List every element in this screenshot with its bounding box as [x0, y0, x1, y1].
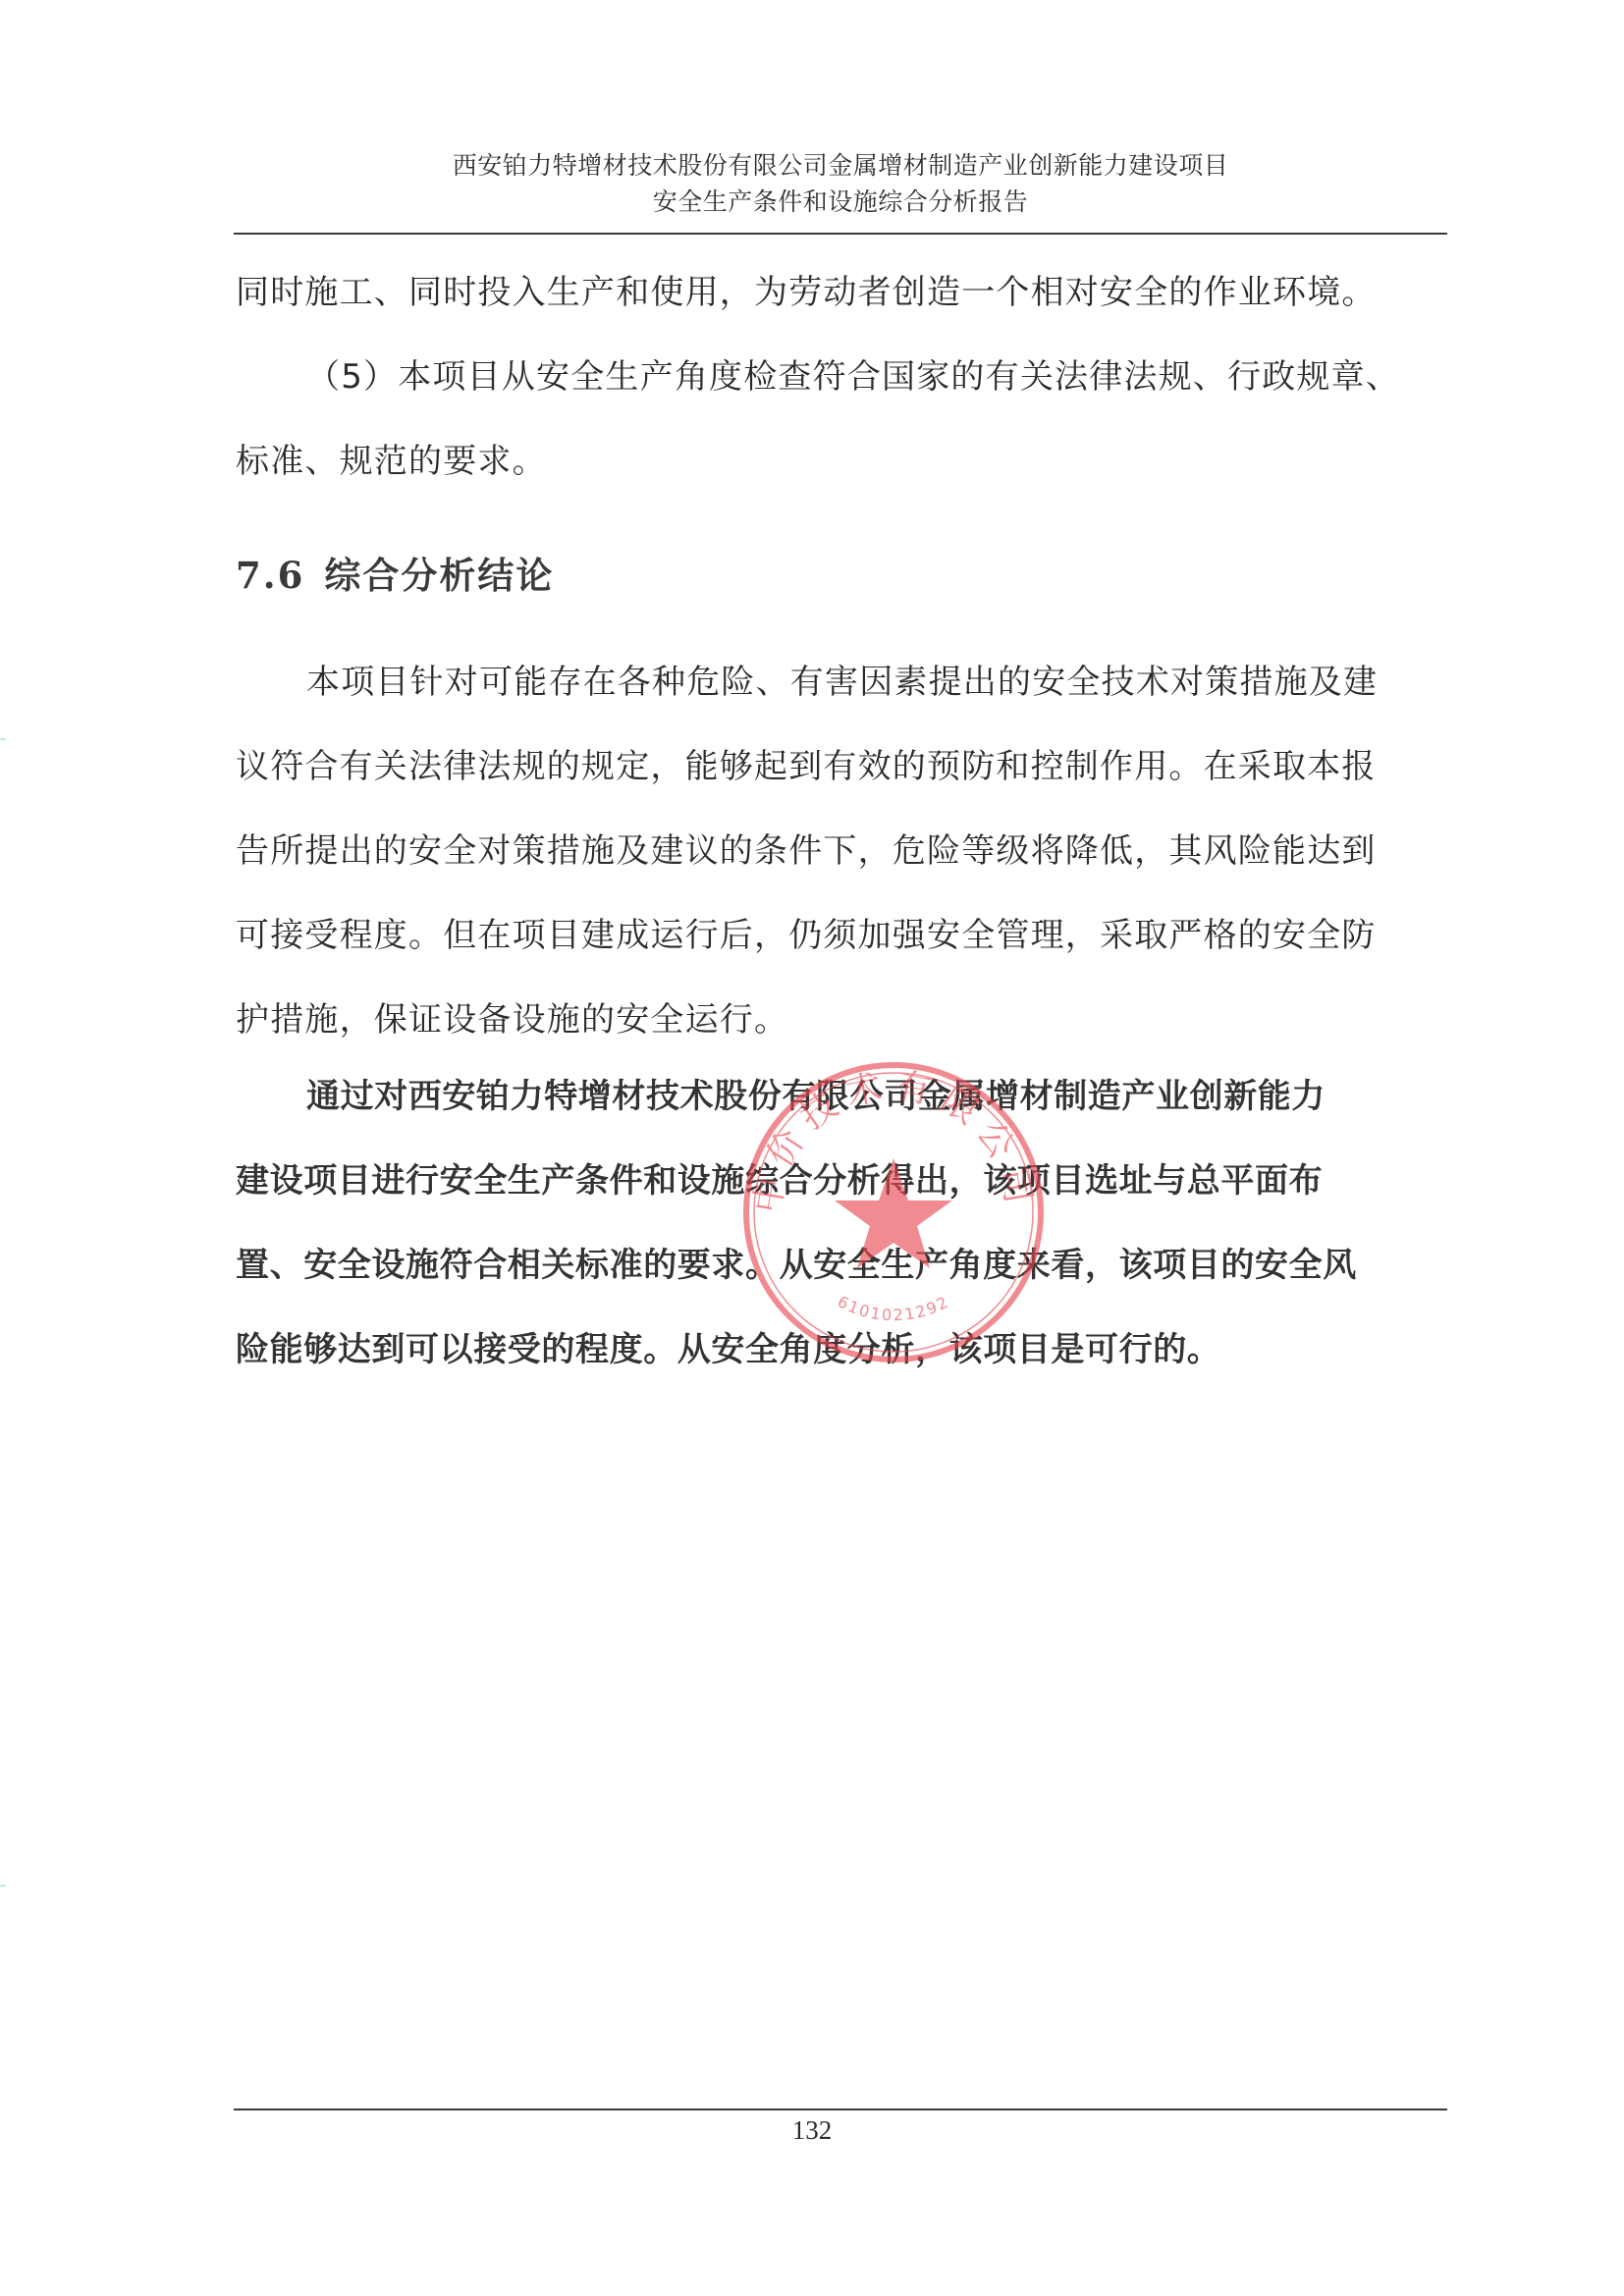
header-title-line-1: 西安铂力特增材技术股份有限公司金属增材制造产业创新能力建设项目: [234, 147, 1447, 184]
continuation-text: 同时施工、同时投入生产和使用，为劳动者创造一个相对安全的作业环境。: [236, 273, 1453, 312]
item5-line-1: （5）本项目从安全生产角度检查符合国家的有关法律法规、行政规章、: [306, 357, 1524, 397]
paragraph1-line-4: 可接受程度。但在项目建成运行后，仍须加强安全管理，采取严格的安全防: [236, 916, 1453, 955]
paragraph1-line-5: 护措施，保证设备设施的安全运行。: [236, 1000, 1453, 1040]
paragraph2-line-2: 建设项目进行安全生产条件和设施综合分析得出，该项目选址与总平面布: [236, 1161, 1453, 1201]
header-divider: [234, 233, 1447, 235]
paragraph2-line-4: 险能够达到可以接受的程度。从安全角度分析，该项目是可行的。: [236, 1330, 1453, 1369]
footer-divider: [234, 2109, 1447, 2110]
section-number: 7.6: [236, 554, 304, 597]
seal-serial-number: 6101021292: [835, 1292, 952, 1324]
paragraph2-line-1: 通过对西安铂力特增材技术股份有限公司金属增材制造产业创新能力: [306, 1077, 1524, 1116]
svg-text:6101021292: 6101021292: [835, 1292, 952, 1324]
paragraph2-line-3: 置、安全设施符合相关标准的要求。从安全生产角度来看，该项目的安全风: [236, 1246, 1453, 1285]
page-number: 132: [0, 2115, 1624, 2146]
running-header: 西安铂力特增材技术股份有限公司金属增材制造产业创新能力建设项目 安全生产条件和设…: [234, 147, 1447, 220]
header-title-line-2: 安全生产条件和设施综合分析报告: [234, 184, 1447, 220]
scan-artifact: [0, 738, 6, 740]
item5-line-2: 标准、规范的要求。: [236, 442, 1453, 481]
paragraph1-line-3: 告所提出的安全对策措施及建议的条件下，危险等级将降低，其风险能达到: [236, 831, 1453, 871]
section-title: 综合分析结论: [324, 554, 554, 597]
paragraph1-line-2: 议符合有关法律法规的规定，能够起到有效的预防和控制作用。在采取本报: [236, 747, 1453, 786]
scan-artifact: [0, 1885, 6, 1887]
paragraph1-line-1: 本项目针对可能存在各种危险、有害因素提出的安全技术对策措施及建: [306, 663, 1524, 702]
section-heading: 7.6综合分析结论: [236, 546, 554, 599]
